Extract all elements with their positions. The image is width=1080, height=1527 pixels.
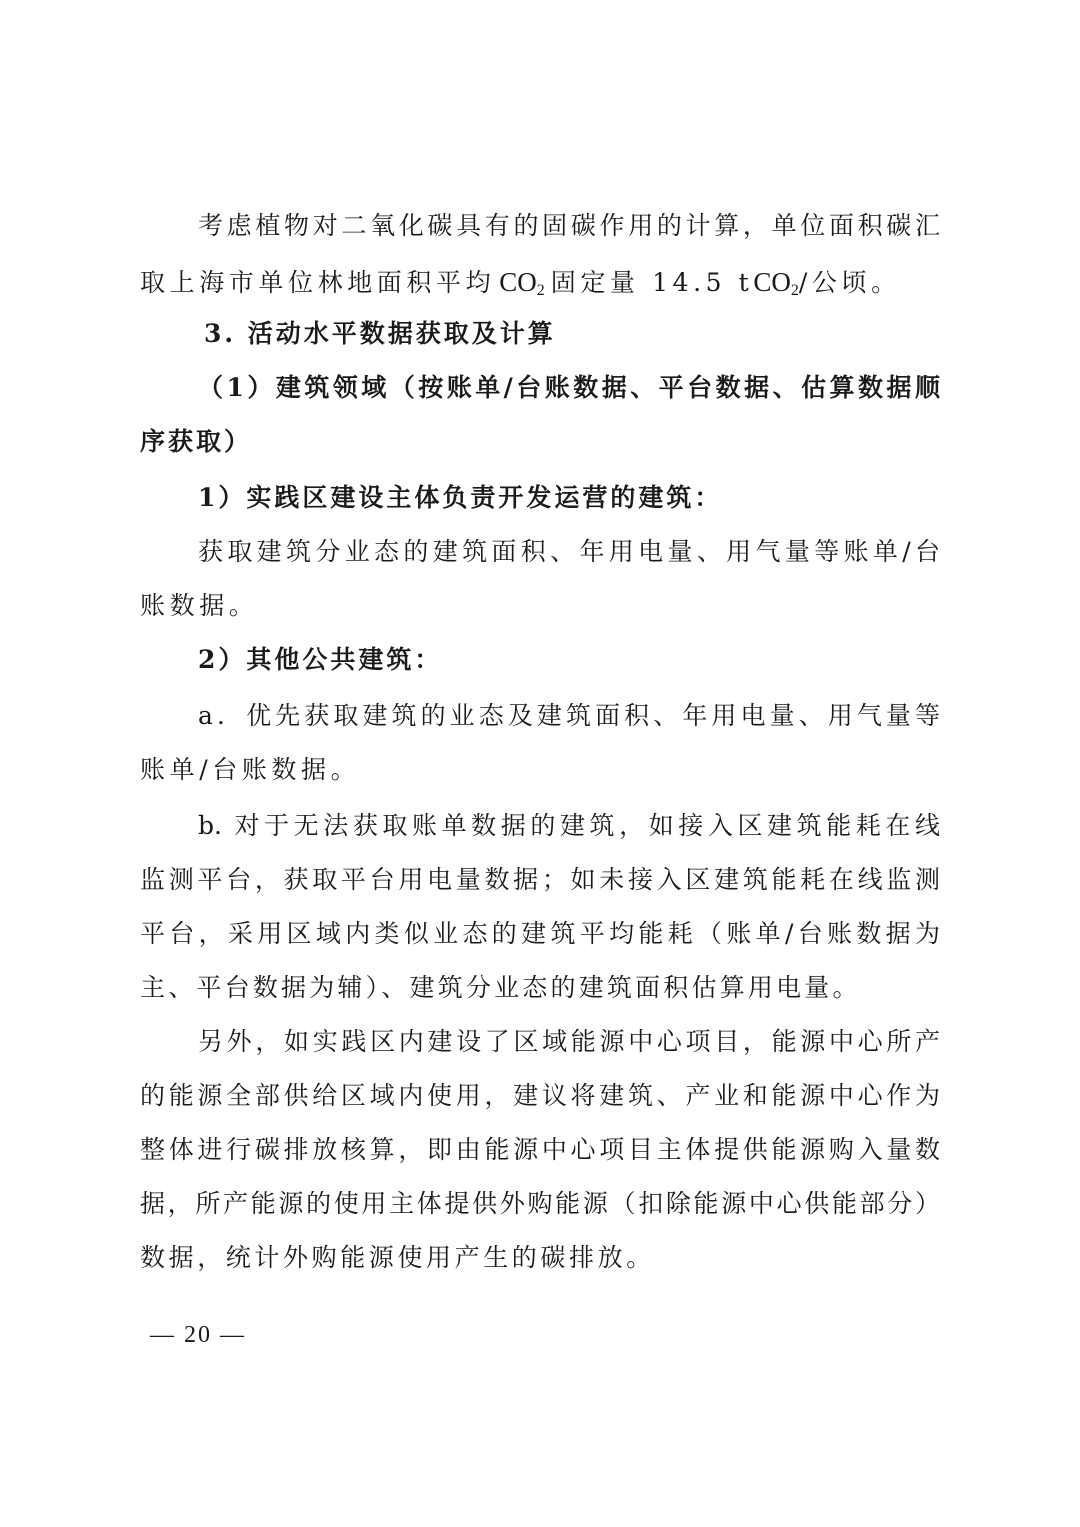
page-number: — 20 —	[150, 1322, 246, 1349]
item-2b-line-4: 主、平台数据为辅）、建筑分业态的建筑面积估算用电量。	[140, 960, 940, 1016]
item-1-heading: 1）实践区建设主体负责开发运营的建筑：	[198, 470, 998, 526]
item-2b-line-2: 监测平台，获取平台用电量数据；如未接入区建筑能耗在线监测	[140, 852, 940, 908]
paragraph-carbon-sink-line-1: 考虑植物对二氧化碳具有的固碳作用的计算，单位面积碳汇	[198, 198, 940, 254]
subsection-heading-line-2: 序获取）	[140, 414, 940, 470]
energy-center-line-3: 整体进行碳排放核算，即由能源中心项目主体提供能源购入量数	[140, 1122, 940, 1178]
text-segment: /公顷。	[799, 268, 901, 297]
item-1-body-line-2: 账数据。	[140, 578, 940, 634]
item-2b-line-3: 平台，采用区域内类似业态的建筑平均能耗（账单/台账数据为	[140, 906, 940, 962]
paragraph-carbon-sink-line-2: 取上海市单位林地面积平均CO2固定量 14.5 tCO2/公顷。	[140, 254, 940, 310]
text-segment: 取上海市单位林地面积平均	[140, 268, 495, 297]
item-1-body-line-1: 获取建筑分业态的建筑面积、年用电量、用气量等账单/台	[198, 524, 940, 580]
item-2-heading: 2）其他公共建筑：	[198, 632, 998, 688]
co2-formula: CO2	[499, 267, 545, 297]
item-2b-line-1: b. 对于无法获取账单数据的建筑，如接入区建筑能耗在线	[198, 798, 940, 854]
item-2a-line-1: a．优先获取建筑的业态及建筑面积、年用电量、用气量等	[198, 688, 940, 744]
item-2a-line-2: 账单/台账数据。	[140, 742, 940, 798]
energy-center-line-2: 的能源全部供给区域内使用，建议将建筑、产业和能源中心作为	[140, 1068, 940, 1124]
subsection-heading-line-1: （1）建筑领域（按账单/台账数据、平台数据、估算数据顺	[198, 360, 940, 416]
text-segment: 固定量 14.5 t	[551, 268, 754, 297]
energy-center-line-4: 据，所产能源的使用主体提供外购能源（扣除能源中心供能部分）	[140, 1176, 940, 1232]
section-heading: 3. 活动水平数据获取及计算	[204, 306, 1004, 362]
co2-unit: CO2	[753, 267, 799, 297]
energy-center-line-5: 数据，统计外购能源使用产生的碳排放。	[140, 1230, 940, 1286]
energy-center-line-1: 另外，如实践区内建设了区域能源中心项目，能源中心所产	[198, 1014, 940, 1070]
